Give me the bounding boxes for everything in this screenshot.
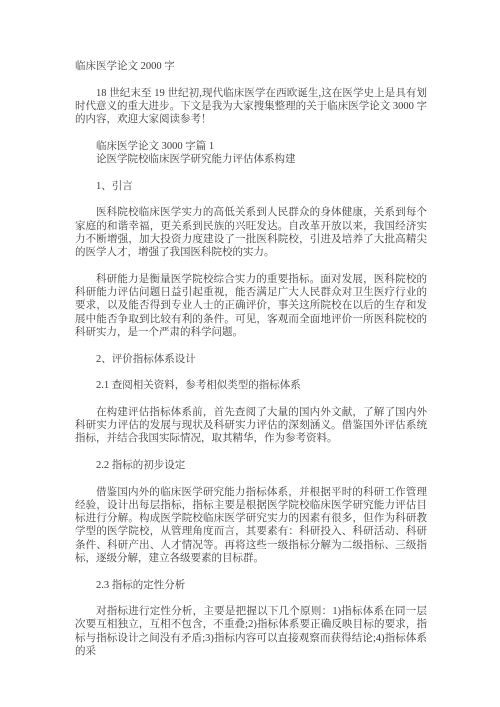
section-1-paragraph: 科研能力是衡量医学院校综合实力的重要指标。面对发展，医科院校的科研能力评估问题日…	[75, 273, 427, 339]
subsection-2-2-heading: 2.2 指标的初步设定	[75, 459, 427, 472]
article-title: 论医学院校临床医学研究能力评估体系构建	[75, 153, 427, 166]
subsection-2-3-heading: 2.3 指标的定性分析	[75, 579, 427, 592]
section-1-heading: 1、引言	[75, 180, 427, 193]
doc-title: 临床医学论文 2000 字	[75, 60, 427, 73]
subsection-2-2-paragraph: 借鉴国内外的临床医学研究能力指标体系，并根据平时的科研工作管理经验，设计出每层指…	[75, 486, 427, 566]
section-2-heading: 2、评价指标体系设计	[75, 353, 427, 366]
section-1-paragraph: 医科院校临床医学实力的高低关系到人民群众的身体健康，关系到每个家庭的和谐幸福，更…	[75, 206, 427, 259]
series-title: 临床医学论文 3000 字篇 1	[75, 140, 427, 153]
subsection-2-3-paragraph: 对指标进行定性分析，主要是把握以下几个原则：1)指标体系在同一层次要互相独立，互…	[75, 605, 427, 658]
intro-paragraph: 18 世纪末至 19 世纪初,现代临床医学在西欧诞生,这在医学史上是具有划时代意…	[75, 87, 427, 127]
document-page: 临床医学论文 2000 字 18 世纪末至 19 世纪初,现代临床医学在西欧诞生…	[0, 0, 500, 707]
subsection-2-1-paragraph: 在构建评估指标体系前，首先查阅了大量的国内外文献，了解了国内外科研实力评估的发展…	[75, 406, 427, 446]
subsection-2-1-heading: 2.1 查阅相关资料，参考相似类型的指标体系	[75, 379, 427, 392]
